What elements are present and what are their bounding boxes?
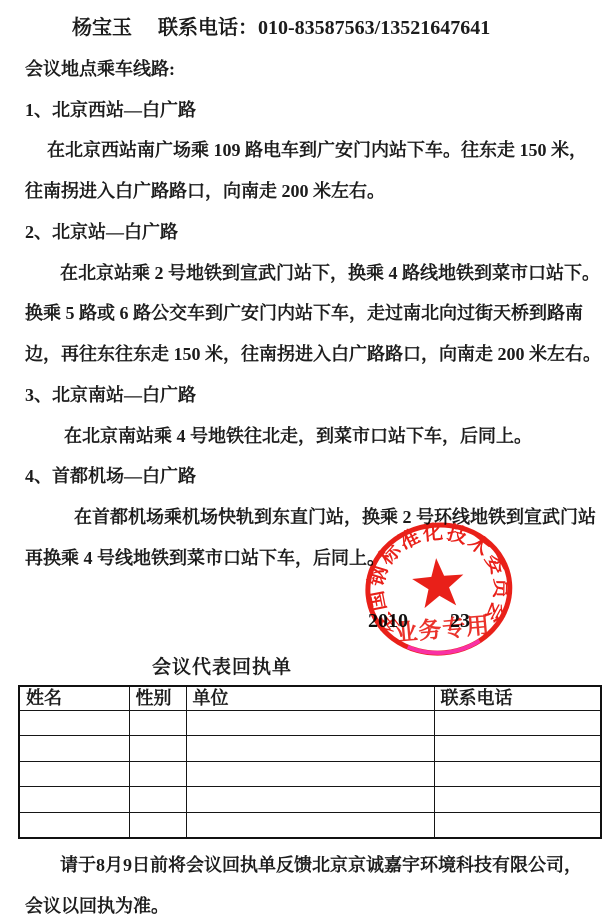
official-stamp: 全国钢标准化技术委员会 业务专用 [357,515,521,668]
column-header-phone: 联系电话 [434,686,601,711]
table-cell [19,761,129,787]
column-header-gender: 性别 [129,686,186,711]
table-cell [19,710,129,736]
table-row [19,787,601,813]
contact-phone: 联系电话：010-83587563/13521647641 [158,17,490,39]
reply-form-title: 会议代表回执单 [152,657,292,679]
table-cell [19,787,129,813]
table-cell [186,710,434,736]
route-2-line: 换乘 5 路或 6 路公交车到广安门内站下车，走过南北向过街天桥到路南 [25,293,592,334]
table-row [19,710,601,736]
contact-name: 杨宝玉 [72,17,132,39]
table-cell [186,787,434,813]
contact-line: 杨宝玉联系电话：010-83587563/13521647641 [25,8,592,49]
table-cell [19,736,129,762]
route-intro: 会议地点乘车线路: [25,49,592,90]
route-4-heading: 4、首都机场—白广路 [25,456,592,497]
table-cell [129,736,186,762]
table-cell [434,787,601,813]
table-cell [186,812,434,838]
footer-line: 会议以回执为准。 [25,886,592,920]
route-1-heading: 1、北京西站—白广路 [25,90,592,131]
table-cell [434,710,601,736]
route-3-line: 在北京南站乘 4 号地铁往北走，到菜市口站下车，后同上。 [25,416,592,457]
table-row [19,736,601,762]
column-header-name: 姓名 [19,686,129,711]
footer-line: 请于8月9日前将会议回执单反馈北京京诚嘉宇环境科技有限公司， [25,845,592,886]
table-cell [19,812,129,838]
table-cell [129,761,186,787]
table-row [19,761,601,787]
table-cell [434,761,601,787]
document-body: 杨宝玉联系电话：010-83587563/13521647641 会议地点乘车线… [0,0,612,579]
table-header-row: 姓名 性别 单位 联系电话 [19,686,601,711]
table-cell [434,812,601,838]
stamp-star-icon [411,556,466,609]
reply-form-table: 姓名 性别 单位 联系电话 [18,685,602,840]
route-3-heading: 3、北京南站—白广路 [25,375,592,416]
route-2-line: 边，再往东往东走 150 米，往南拐进入白广路路口，向南走 200 米左右。 [25,334,592,375]
route-1-line: 往南拐进入白广路路口，向南走 200 米左右。 [25,171,592,212]
table-cell [434,736,601,762]
table-cell [186,761,434,787]
table-cell [129,710,186,736]
column-header-organization: 单位 [186,686,434,711]
scanned-document-page: 杨宝玉联系电话：010-83587563/13521647641 会议地点乘车线… [0,0,612,920]
route-2-line: 在北京站乘 2 号地铁到宣武门站下，换乘 4 路线地铁到菜市口站下。 [25,253,592,294]
table-cell [129,787,186,813]
footer-note: 请于8月9日前将会议回执单反馈北京京诚嘉宇环境科技有限公司， 会议以回执为准。 [0,839,612,920]
table-cell [186,736,434,762]
table-row [19,812,601,838]
route-1-line: 在北京西站南广场乘 109 路电车到广安门内站下车。往东走 150 米， [25,130,592,171]
route-2-heading: 2、北京站—白广路 [25,212,592,253]
table-cell [129,812,186,838]
